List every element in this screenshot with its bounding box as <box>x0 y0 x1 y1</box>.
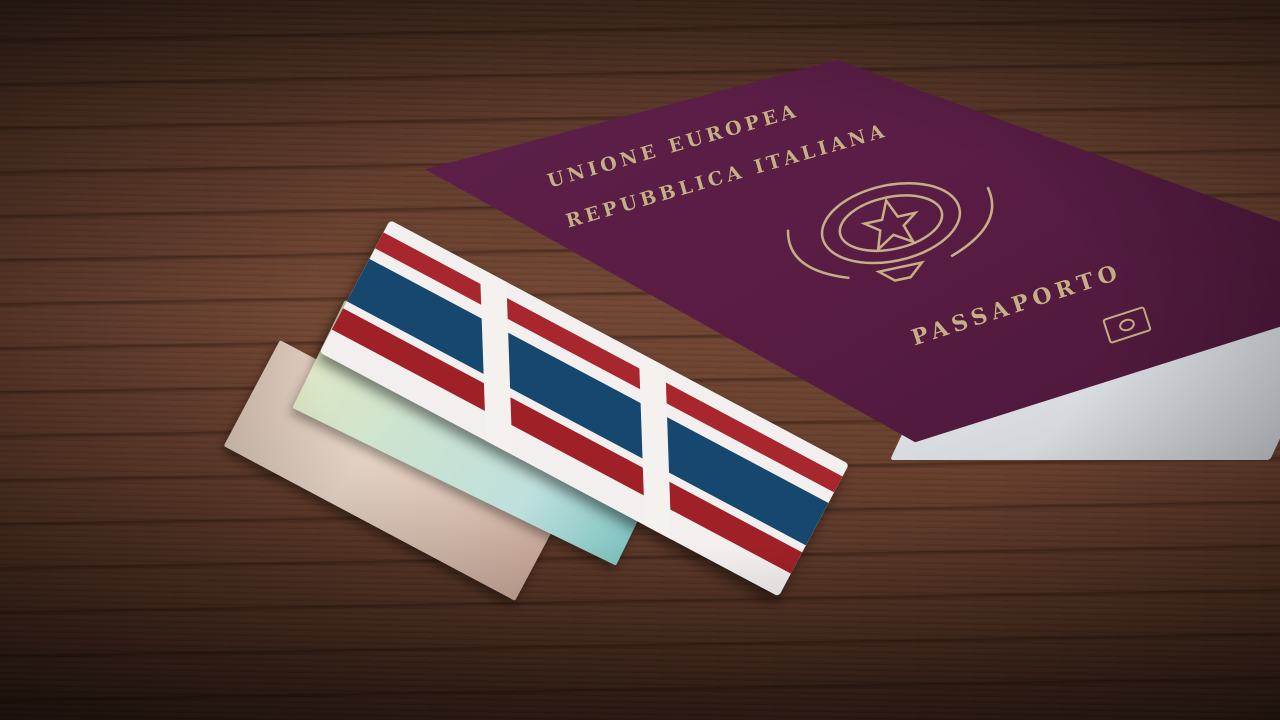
passport: UNIONE EUROPEA REPUBBLICA ITALIANA PASSA… <box>425 60 1280 450</box>
photo-scene: 666679 792115 UNIONE EUROPEA REPUBBLICA … <box>0 0 1280 720</box>
italian-emblem-icon <box>750 168 1035 288</box>
